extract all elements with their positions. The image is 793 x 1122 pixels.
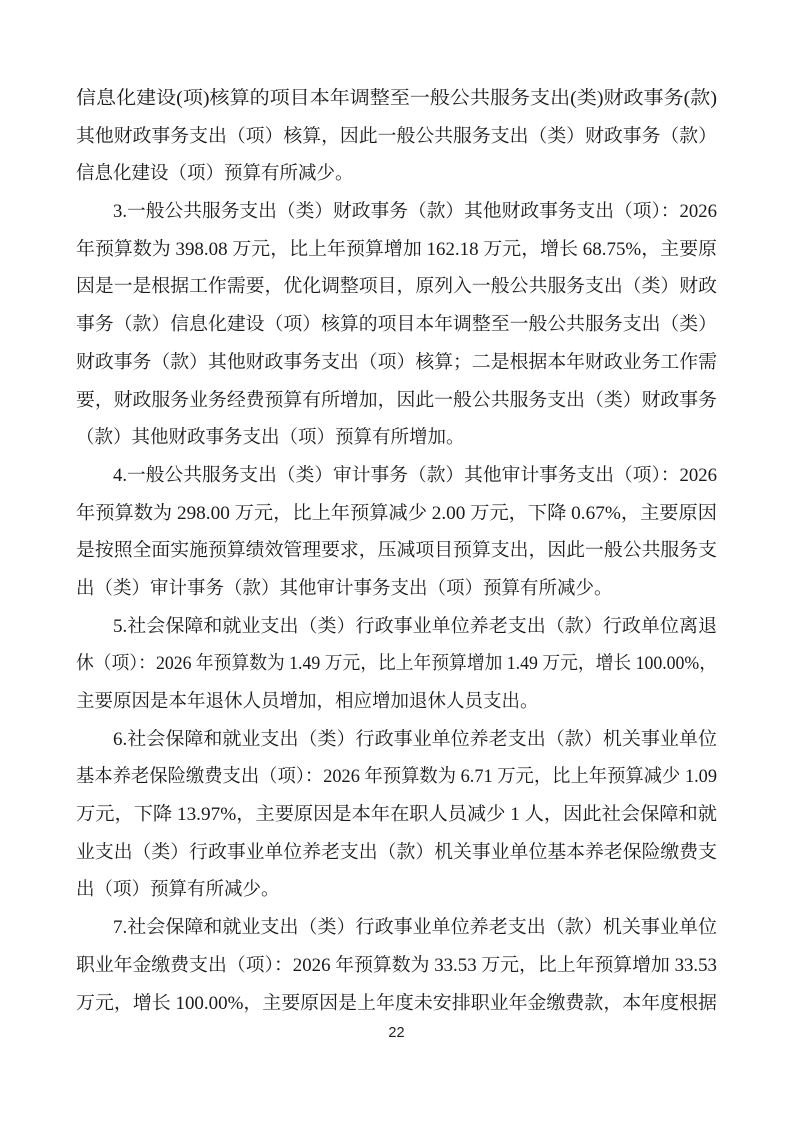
document-page: 信息化建设(项)核算的项目本年调整至一般公共服务支出(类)财政事务(款)其他财政… [0, 0, 793, 1122]
paragraph: 3.一般公共服务支出（类）财政事务（款）其他财政事务支出（项）：2026年预算数… [76, 194, 717, 458]
body-text: 信息化建设(项)核算的项目本年调整至一般公共服务支出(类)财政事务(款)其他财政… [76, 81, 717, 1023]
text-line: 因是一是根据工作需要，优化调整项目，原列入一般公共服务支出（类）财政 [76, 269, 717, 307]
paragraph: 4.一般公共服务支出（类）审计事务（款）其他审计事务支出（项）：2026年预算数… [76, 458, 717, 609]
text-line: 财政事务（款）其他财政事务支出（项）核算；二是根据本年财政业务工作需 [76, 345, 717, 383]
text-line: 出（项）预算有所减少。 [76, 872, 717, 910]
paragraph: 信息化建设(项)核算的项目本年调整至一般公共服务支出(类)财政事务(款)其他财政… [76, 81, 717, 194]
text-line: 4.一般公共服务支出（类）审计事务（款）其他审计事务支出（项）：2026 [76, 458, 717, 496]
text-line: 要，财政服务业务经费预算有所增加，因此一般公共服务支出（类）财政事务 [76, 383, 717, 421]
text-line: 5.社会保障和就业支出（类）行政事业单位养老支出（款）行政单位离退 [76, 609, 717, 647]
text-line: 事务（款）信息化建设（项）核算的项目本年调整至一般公共服务支出（类） [76, 307, 717, 345]
text-line: 7.社会保障和就业支出（类）行政事业单位养老支出（款）机关事业单位 [76, 910, 717, 948]
text-line: 3.一般公共服务支出（类）财政事务（款）其他财政事务支出（项）：2026 [76, 194, 717, 232]
text-line: 6.社会保障和就业支出（类）行政事业单位养老支出（款）机关事业单位 [76, 722, 717, 760]
text-line: 出（类）审计事务（款）其他审计事务支出（项）预算有所减少。 [76, 571, 717, 609]
text-line: （款）其他财政事务支出（项）预算有所增加。 [76, 420, 717, 458]
page-number: 22 [0, 1023, 793, 1043]
text-line: 其他财政事务支出（项）核算，因此一般公共服务支出（类）财政事务（款） [76, 119, 717, 157]
paragraph: 5.社会保障和就业支出（类）行政事业单位养老支出（款）行政单位离退休（项）：20… [76, 609, 717, 722]
text-line: 基本养老保险缴费支出（项）：2026 年预算数为 6.71 万元，比上年预算减少… [76, 759, 717, 797]
paragraph: 6.社会保障和就业支出（类）行政事业单位养老支出（款）机关事业单位基本养老保险缴… [76, 722, 717, 910]
text-line: 主要原因是本年退休人员增加，相应增加退休人员支出。 [76, 684, 717, 722]
text-line: 休（项）：2026 年预算数为 1.49 万元，比上年预算增加 1.49 万元，… [76, 646, 717, 684]
text-line: 年预算数为 298.00 万元，比上年预算减少 2.00 万元，下降 0.67%… [76, 496, 717, 534]
text-line: 信息化建设（项）预算有所减少。 [76, 156, 717, 194]
text-line: 信息化建设(项)核算的项目本年调整至一般公共服务支出(类)财政事务(款) [76, 81, 717, 119]
text-line: 业支出（类）行政事业单位养老支出（款）机关事业单位基本养老保险缴费支 [76, 835, 717, 873]
text-line: 年预算数为 398.08 万元，比上年预算增加 162.18 万元，增长 68.… [76, 232, 717, 270]
text-line: 万元，增长 100.00%，主要原因是上年度未安排职业年金缴费款，本年度根据 [76, 986, 717, 1024]
paragraph: 7.社会保障和就业支出（类）行政事业单位养老支出（款）机关事业单位职业年金缴费支… [76, 910, 717, 1023]
text-line: 是按照全面实施预算绩效管理要求，压减项目预算支出，因此一般公共服务支 [76, 533, 717, 571]
text-line: 万元，下降 13.97%，主要原因是本年在职人员减少 1 人，因此社会保障和就 [76, 797, 717, 835]
text-line: 职业年金缴费支出（项）：2026 年预算数为 33.53 万元，比上年预算增加 … [76, 948, 717, 986]
